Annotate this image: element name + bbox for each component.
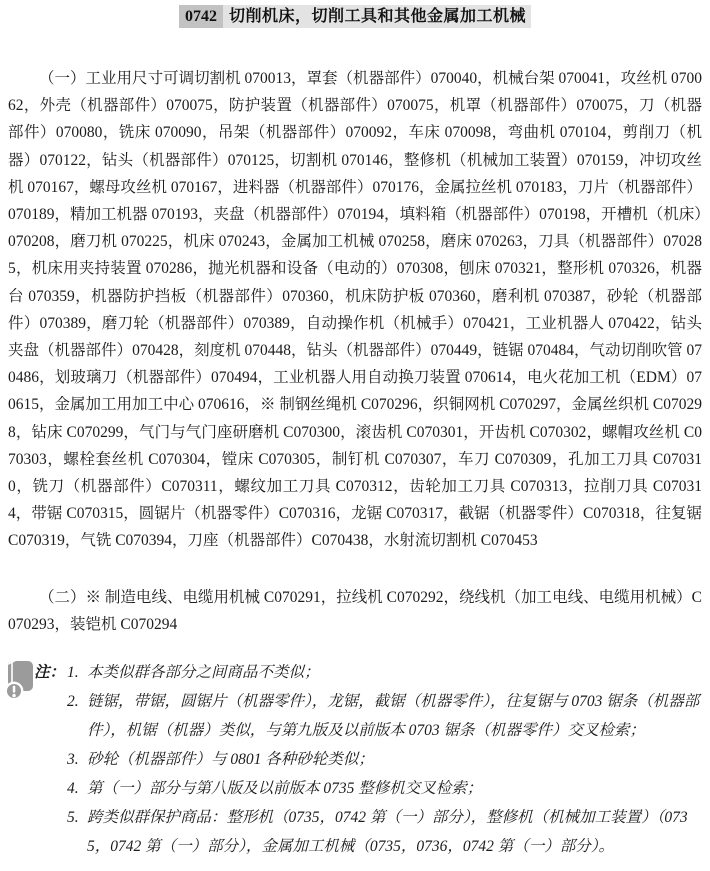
note-text: 砂轮（机器部件）与 0801 各种砂轮类似； bbox=[87, 745, 702, 774]
notes-section: 注： 1. 本类似群各部分之间商品不类似； 2. 链锯，带锯，圆锯片（机器零件）… bbox=[8, 658, 702, 861]
note-number: 4. bbox=[67, 774, 87, 803]
note-text: 第（一）部分与第八版及以前版本 0735 整修机交叉检索； bbox=[87, 774, 702, 803]
similar-group-part-one-paragraph: （一）工业用尺寸可调切割机 070013，罩套（机器部件）070040，机械台架… bbox=[8, 65, 702, 555]
note-exclamation-icon bbox=[4, 660, 34, 702]
note-text: 本类似群各部分之间商品不类似； bbox=[87, 658, 702, 687]
classification-document-page: 0742切削机床，切削工具和其他金属加工机械 （一）工业用尺寸可调切割机 070… bbox=[0, 0, 710, 871]
note-number: 5. bbox=[67, 803, 87, 861]
notes-label: 注： bbox=[34, 658, 67, 687]
note-item: 2. 链锯，带锯，圆锯片（机器零件），龙锯，截锯（机器零件），往复锯与 0703… bbox=[67, 687, 702, 745]
note-item: 5. 跨类似群保护商品：整形机（0735，0742 第（一）部分），整修机（机械… bbox=[67, 803, 702, 861]
note-item: 4. 第（一）部分与第八版及以前版本 0735 整修机交叉检索； bbox=[67, 774, 702, 803]
note-item: 3. 砂轮（机器部件）与 0801 各种砂轮类似； bbox=[67, 745, 702, 774]
note-number: 3. bbox=[67, 745, 87, 774]
notes-list: 1. 本类似群各部分之间商品不类似； 2. 链锯，带锯，圆锯片（机器零件），龙锯… bbox=[67, 658, 702, 861]
page-header: 0742切削机床，切削工具和其他金属加工机械 bbox=[8, 5, 702, 28]
note-number: 1. bbox=[67, 658, 87, 687]
note-text: 跨类似群保护商品：整形机（0735，0742 第（一）部分），整修机（机械加工装… bbox=[87, 803, 702, 861]
group-code-badge: 0742 bbox=[179, 5, 223, 28]
note-number: 2. bbox=[67, 687, 87, 745]
similar-group-part-two-paragraph: （二）※ 制造电线、电缆用机械 C070291，拉线机 C070292，绕线机（… bbox=[8, 584, 702, 638]
page-title: 切削机床，切削工具和其他金属加工机械 bbox=[223, 5, 531, 28]
note-text: 链锯，带锯，圆锯片（机器零件），龙锯，截锯（机器零件），往复锯与 0703 锯条… bbox=[87, 687, 702, 745]
note-item: 1. 本类似群各部分之间商品不类似； bbox=[67, 658, 702, 687]
